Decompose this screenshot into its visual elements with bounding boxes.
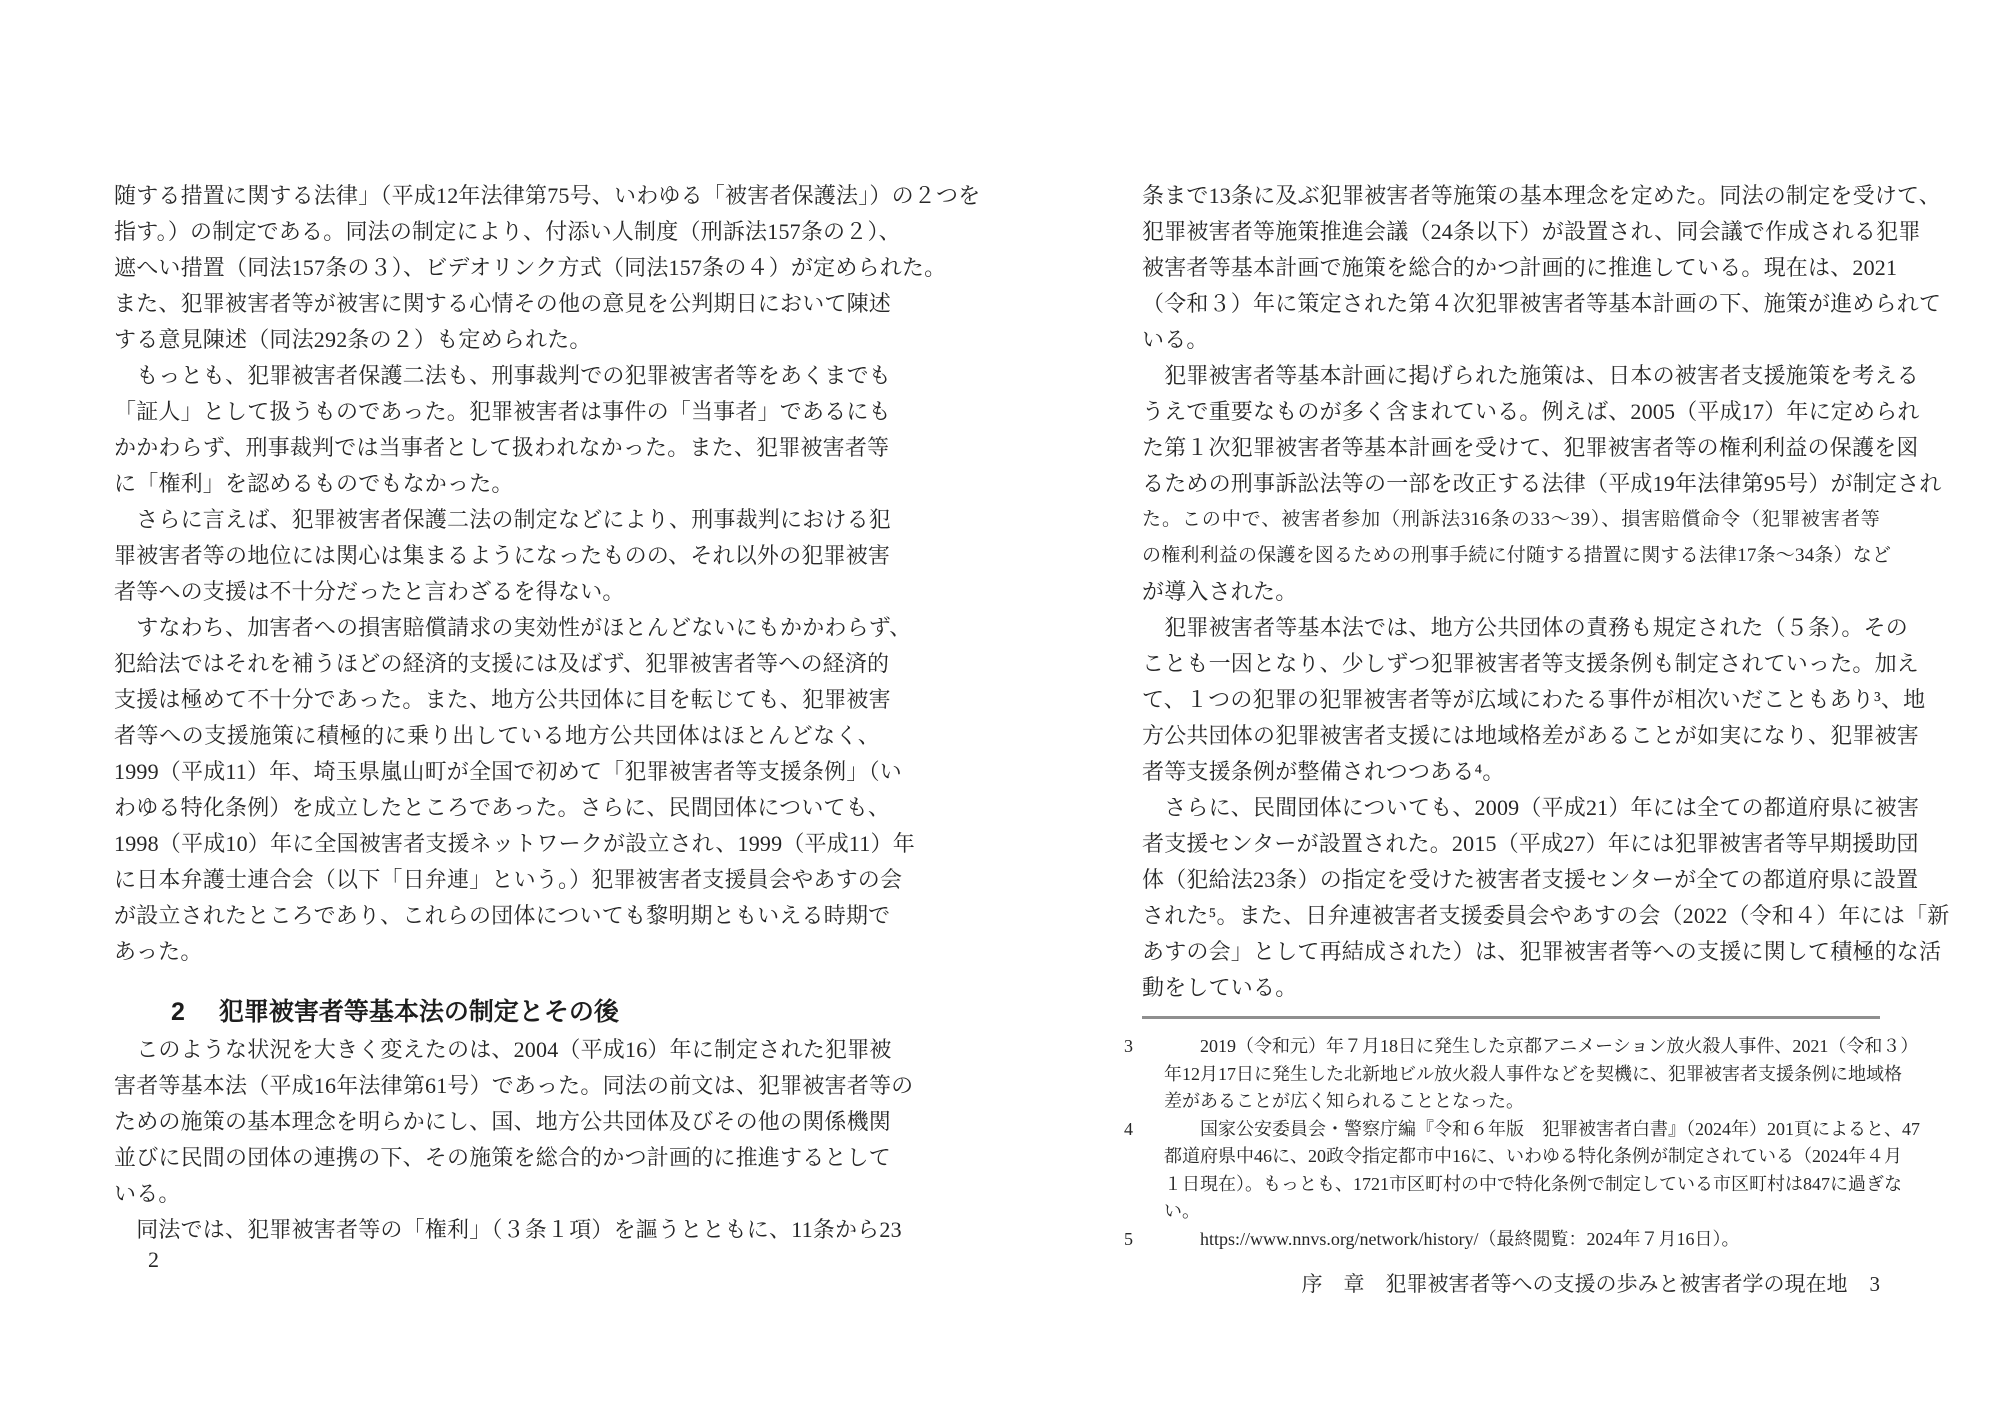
- footnote-line: 2019（令和元）年７月18日に発生した京都アニメーション放火殺人事件、2021…: [1164, 1033, 1880, 1061]
- footnote-line: １日現在）。もっとも、1721市区町村の中で特化条例で制定している市区町村は84…: [1164, 1171, 1880, 1199]
- text-line: すなわち、加害者への損害賠償請求の実効性がほとんどないにもかかわらず、: [114, 610, 880, 646]
- footnote: 5https://www.nnvs.org/network/history/（最…: [1142, 1226, 1880, 1254]
- text-line: 害者等基本法（平成16年法律第61号）であった。同法の前文は、犯罪被害者等の: [114, 1068, 880, 1104]
- text-line: 1999（平成11）年、埼玉県嵐山町が全国で初めて「犯罪被害者等支援条例」（い: [114, 754, 880, 790]
- text-line: 犯給法ではそれを補うほどの経済的支援には及ばず、犯罪被害者等への経済的: [114, 646, 880, 682]
- text-line: あすの会」として再結成された）は、犯罪被害者等への支援に関して積極的な活: [1142, 934, 1880, 970]
- text-line: いる。: [1142, 322, 1880, 358]
- right-body: 条まで13条に及ぶ犯罪被害者等施策の基本理念を定めた。同法の制定を受けて、犯罪被…: [1142, 178, 1880, 1006]
- paragraph: 随する措置に関する法律」（平成12年法律第75号、いわゆる「被害者保護法」）の２…: [114, 178, 880, 358]
- text-line: うえで重要なものが多く含まれている。例えば、2005（平成17）年に定められ: [1142, 394, 1880, 430]
- text-line: 1998（平成10）年に全国被害者支援ネットワークが設立され、1999（平成11…: [114, 826, 880, 862]
- text-line: 者等への支援は不十分だったと言わざるを得ない。: [114, 574, 880, 610]
- footnotes: 32019（令和元）年７月18日に発生した京都アニメーション放火殺人事件、202…: [1142, 1033, 1880, 1253]
- paragraph: このような状況を大きく変えたのは、2004（平成16）年に制定された犯罪被害者等…: [114, 1032, 880, 1212]
- text-line: ための施策の基本理念を明らかにし、国、地方公共団体及びその他の関係機関: [114, 1104, 880, 1140]
- paragraph: さらに言えば、犯罪被害者保護二法の制定などにより、刑事裁判における犯罪被害者等の…: [114, 502, 880, 610]
- text-line: 罪被害者等の地位には関心は集まるようになったものの、それ以外の犯罪被害: [114, 538, 880, 574]
- text-line: 随する措置に関する法律」（平成12年法律第75号、いわゆる「被害者保護法」）の２…: [114, 178, 880, 214]
- page-number-right: 3: [1870, 1272, 1881, 1296]
- paragraph: もっとも、犯罪被害者保護二法も、刑事裁判での犯罪被害者等をあくまでも「証人」とし…: [114, 358, 880, 502]
- footnote-marker: 3: [1124, 1033, 1133, 1061]
- paragraph: さらに、民間団体についても、2009（平成21）年には全ての都道府県に被害者支援…: [1142, 790, 1880, 1006]
- footnote-line: 都道府県中46に、20政令指定都市中16に、いわゆる特化条例が制定されている（2…: [1164, 1143, 1880, 1171]
- text-line: の権利利益の保護を図るための刑事手続に付随する措置に関する法律17条～34条）な…: [1142, 538, 1880, 574]
- paragraph: 条まで13条に及ぶ犯罪被害者等施策の基本理念を定めた。同法の制定を受けて、犯罪被…: [1142, 178, 1880, 358]
- footnote-marker: 4: [1124, 1116, 1133, 1144]
- text-line: 犯罪被害者等基本計画に掲げられた施策は、日本の被害者支援施策を考える: [1142, 358, 1880, 394]
- paragraph: 犯罪被害者等基本法では、地方公共団体の責務も規定された（５条）。そのことも一因と…: [1142, 610, 1880, 790]
- section-heading-number: 2: [171, 992, 185, 1032]
- text-line: に日本弁護士連合会（以下「日弁連」という。）犯罪被害者支援員会やあすの会: [114, 862, 880, 898]
- text-line: かかわらず、刑事裁判では当事者として扱われなかった。また、犯罪被害者等: [114, 430, 880, 466]
- text-line: する意見陳述（同法292条の２）も定められた。: [114, 322, 880, 358]
- text-line: 犯罪被害者等基本法では、地方公共団体の責務も規定された（５条）。その: [1142, 610, 1880, 646]
- text-line: 並びに民間の団体の連携の下、その施策を総合的かつ計画的に推進するとして: [114, 1140, 880, 1176]
- text-line: るための刑事訴訟法等の一部を改正する法律（平成19年法律第95号）が制定され: [1142, 466, 1880, 502]
- section-heading-title: 犯罪被害者等基本法の制定とその後: [219, 998, 619, 1026]
- running-footer-text: 序 章 犯罪被害者等への支援の歩みと被害者学の現在地: [1302, 1272, 1848, 1296]
- text-line: 者等支援条例が整備されつつある⁴。: [1142, 754, 1880, 790]
- left-body-bottom: このような状況を大きく変えたのは、2004（平成16）年に制定された犯罪被害者等…: [114, 1032, 880, 1248]
- text-line: 動をしている。: [1142, 970, 1880, 1006]
- right-page-column: 条まで13条に及ぶ犯罪被害者等施策の基本理念を定めた。同法の制定を受けて、犯罪被…: [1142, 178, 1880, 1253]
- footnote: 32019（令和元）年７月18日に発生した京都アニメーション放火殺人事件、202…: [1142, 1033, 1880, 1116]
- text-line: （令和３）年に策定された第４次犯罪被害者等基本計画の下、施策が進められて: [1142, 286, 1880, 322]
- text-line: さらに言えば、犯罪被害者保護二法の制定などにより、刑事裁判における犯: [114, 502, 880, 538]
- text-line: た第１次犯罪被害者等基本計画を受けて、犯罪被害者等の権利利益の保護を図: [1142, 430, 1880, 466]
- text-line: された⁵。また、日弁連被害者支援委員会やあすの会（2022（令和４）年には「新: [1142, 898, 1880, 934]
- footnote-line: 差があることが広く知られることとなった。: [1164, 1088, 1880, 1116]
- footnote-marker: 5: [1124, 1226, 1133, 1254]
- text-line: さらに、民間団体についても、2009（平成21）年には全ての都道府県に被害: [1142, 790, 1880, 826]
- paragraph: 同法では、犯罪被害者等の「権利」（３条１項）を謳うとともに、11条から23: [114, 1212, 880, 1248]
- paragraph: すなわち、加害者への損害賠償請求の実効性がほとんどないにもかかわらず、犯給法では…: [114, 610, 880, 970]
- running-footer-right: 序 章 犯罪被害者等への支援の歩みと被害者学の現在地3: [1142, 1272, 1880, 1296]
- footnote: 4国家公安委員会・警察庁編『令和６年版 犯罪被害者白書』（2024年）201頁に…: [1142, 1116, 1880, 1226]
- text-line: もっとも、犯罪被害者保護二法も、刑事裁判での犯罪被害者等をあくまでも: [114, 358, 880, 394]
- page-number-left: 2: [148, 1248, 159, 1272]
- text-line: わゆる特化条例）を成立したところであった。さらに、民間団体についても、: [114, 790, 880, 826]
- text-line: 者支援センターが設置された。2015（平成27）年には犯罪被害者等早期援助団: [1142, 826, 1880, 862]
- footnote-line: い。: [1164, 1198, 1880, 1226]
- left-body-top: 随する措置に関する法律」（平成12年法律第75号、いわゆる「被害者保護法」）の２…: [114, 178, 880, 970]
- footnote-line: 国家公安委員会・警察庁編『令和６年版 犯罪被害者白書』（2024年）201頁によ…: [1164, 1116, 1880, 1144]
- text-line: 支援は極めて不十分であった。また、地方公共団体に目を転じても、犯罪被害: [114, 682, 880, 718]
- text-line: が設立されたところであり、これらの団体についても黎明期ともいえる時期で: [114, 898, 880, 934]
- text-line: 方公共団体の犯罪被害者支援には地域格差があることが如実になり、犯罪被害: [1142, 718, 1880, 754]
- text-line: あった。: [114, 934, 880, 970]
- text-line: 犯罪被害者等施策推進会議（24条以下）が設置され、同会議で作成される犯罪: [1142, 214, 1880, 250]
- text-line: 同法では、犯罪被害者等の「権利」（３条１項）を謳うとともに、11条から23: [114, 1212, 880, 1248]
- text-line: た。この中で、被害者参加（刑訴法316条の33～39）、損害賠償命令（犯罪被害者…: [1142, 502, 1880, 538]
- text-line: 体（犯給法23条）の指定を受けた被害者支援センターが全ての都道府県に設置: [1142, 862, 1880, 898]
- section-heading: 2犯罪被害者等基本法の制定とその後: [114, 992, 880, 1032]
- text-line: て、１つの犯罪の犯罪被害者等が広域にわたる事件が相次いだこともあり³、地: [1142, 682, 1880, 718]
- footnote-line: https://www.nnvs.org/network/history/（最終…: [1164, 1226, 1880, 1254]
- text-line: 遮へい措置（同法157条の３）、ビデオリンク方式（同法157条の４）が定められた…: [114, 250, 880, 286]
- left-page-column: 随する措置に関する法律」（平成12年法律第75号、いわゆる「被害者保護法」）の２…: [114, 178, 880, 1248]
- text-line: が導入された。: [1142, 574, 1880, 610]
- text-line: ことも一因となり、少しずつ犯罪被害者等支援条例も制定されていった。加え: [1142, 646, 1880, 682]
- text-line: 指す。）の制定である。同法の制定により、付添い人制度（刑訴法157条の２）、: [114, 214, 880, 250]
- text-line: 「証人」として扱うものであった。犯罪被害者は事件の「当事者」であるにも: [114, 394, 880, 430]
- text-line: いる。: [114, 1176, 880, 1212]
- text-line: また、犯罪被害者等が被害に関する心情その他の意見を公判期日において陳述: [114, 286, 880, 322]
- footnote-line: 年12月17日に発生した北新地ビル放火殺人事件などを契機に、犯罪被害者支援条例に…: [1164, 1061, 1880, 1089]
- footnote-divider: [1142, 1016, 1880, 1019]
- book-spread: 随する措置に関する法律」（平成12年法律第75号、いわゆる「被害者保護法」）の２…: [0, 0, 2000, 1416]
- paragraph: 犯罪被害者等基本計画に掲げられた施策は、日本の被害者支援施策を考えるうえで重要な…: [1142, 358, 1880, 610]
- text-line: このような状況を大きく変えたのは、2004（平成16）年に制定された犯罪被: [114, 1032, 880, 1068]
- text-line: に「権利」を認めるものでもなかった。: [114, 466, 880, 502]
- text-line: 条まで13条に及ぶ犯罪被害者等施策の基本理念を定めた。同法の制定を受けて、: [1142, 178, 1880, 214]
- text-line: 者等への支援施策に積極的に乗り出している地方公共団体はほとんどなく、: [114, 718, 880, 754]
- text-line: 被害者等基本計画で施策を総合的かつ計画的に推進している。現在は、2021: [1142, 250, 1880, 286]
